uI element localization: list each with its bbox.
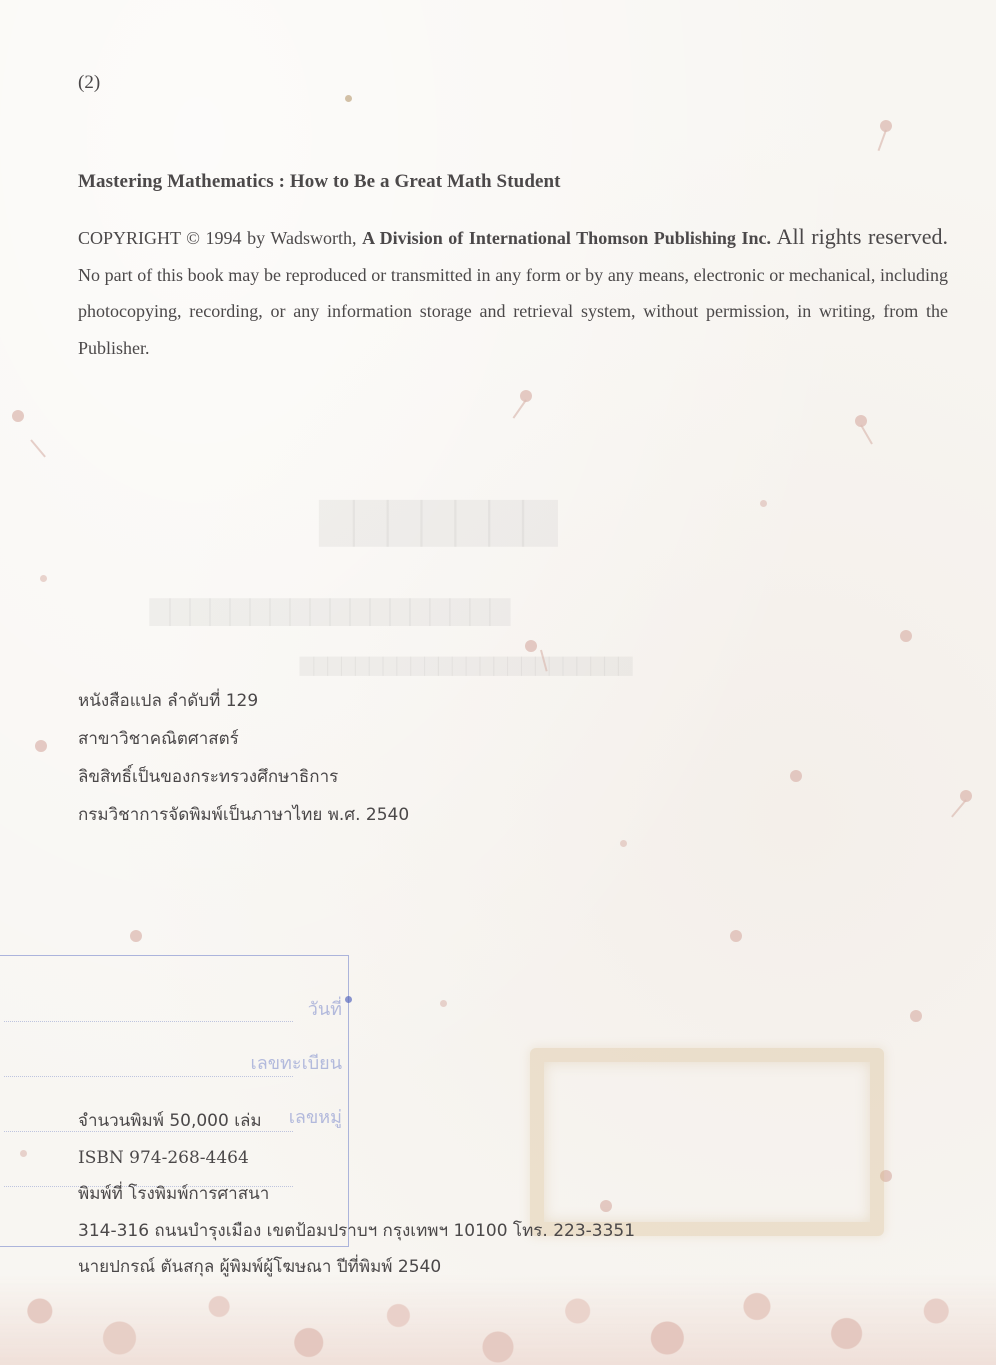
stem-icon xyxy=(30,439,46,457)
flower-icon xyxy=(620,840,627,847)
copyright-prefix: COPYRIGHT © 1994 by Wadsworth, xyxy=(78,228,362,248)
flower-icon xyxy=(900,630,912,642)
flower-icon xyxy=(35,740,47,752)
stamp-label: วันที่ xyxy=(308,994,342,1023)
floral-border xyxy=(0,1275,996,1365)
flower-icon xyxy=(910,1010,922,1022)
publisher-name: A Division of International Thomson Publ… xyxy=(362,228,771,248)
isbn: ISBN 974-268-4464 xyxy=(78,1140,635,1177)
print-quantity: จำนวนพิมพ์ 50,000 เล่ม xyxy=(78,1103,635,1140)
stamp-line xyxy=(4,1021,293,1022)
flower-icon xyxy=(730,930,742,942)
show-through-text: ▇▇▇▇▇▇▇▇▇▇▇▇▇▇▇▇▇▇▇▇▇▇▇▇ xyxy=(300,655,632,676)
stem-icon xyxy=(860,425,873,445)
printer-address: 314-316 ถนนบำรุงเมือง เขตป้อมปราบฯ กรุงเ… xyxy=(78,1213,635,1250)
flower-icon xyxy=(345,95,352,102)
flower-icon xyxy=(760,500,767,507)
stem-icon xyxy=(878,130,887,151)
translation-line: ลิขสิทธิ์เป็นของกระทรวงศึกษาธิการ xyxy=(78,758,409,796)
flower-icon xyxy=(525,640,537,652)
stem-icon xyxy=(513,399,527,418)
flower-icon xyxy=(12,410,24,422)
copyright-notice: COPYRIGHT © 1994 by Wadsworth, A Divisio… xyxy=(78,219,948,366)
stem-icon xyxy=(951,799,967,817)
rights-text: No part of this book may be reproduced o… xyxy=(78,265,948,358)
stamp-dot xyxy=(345,996,352,1003)
translation-line: สาขาวิชาคณิตศาสตร์ xyxy=(78,720,409,758)
book-title: Mastering Mathematics : How to Be a Grea… xyxy=(78,171,561,193)
flower-icon xyxy=(130,930,142,942)
flower-icon xyxy=(790,770,802,782)
translation-info: หนังสือแปล ลำดับที่ 129 สาขาวิชาคณิตศาสต… xyxy=(78,682,409,834)
translation-line: กรมวิชาการจัดพิมพ์เป็นภาษาไทย พ.ศ. 2540 xyxy=(78,796,409,834)
page-number: (2) xyxy=(78,72,100,94)
printer-name: พิมพ์ที่ โรงพิมพ์การศาสนา xyxy=(78,1176,635,1213)
stamp-label: เลขทะเบียน xyxy=(251,1048,342,1077)
show-through-text: ▇▇▇▇▇▇▇▇▇▇▇▇▇▇▇▇▇▇ xyxy=(150,595,510,626)
flower-icon xyxy=(40,575,47,582)
flower-icon xyxy=(440,1000,447,1007)
translation-line: หนังสือแปล ลำดับที่ 129 xyxy=(78,682,409,720)
show-through-text: ▇▇▇▇▇▇▇ xyxy=(320,495,557,546)
print-info: จำนวนพิมพ์ 50,000 เล่ม ISBN 974-268-4464… xyxy=(78,1103,635,1286)
rights-lead: All rights reserved. xyxy=(777,224,948,249)
publisher-line: นายปกรณ์ ตันสกุล ผู้พิมพ์ผู้โฆษณา ปีที่พ… xyxy=(78,1249,635,1286)
